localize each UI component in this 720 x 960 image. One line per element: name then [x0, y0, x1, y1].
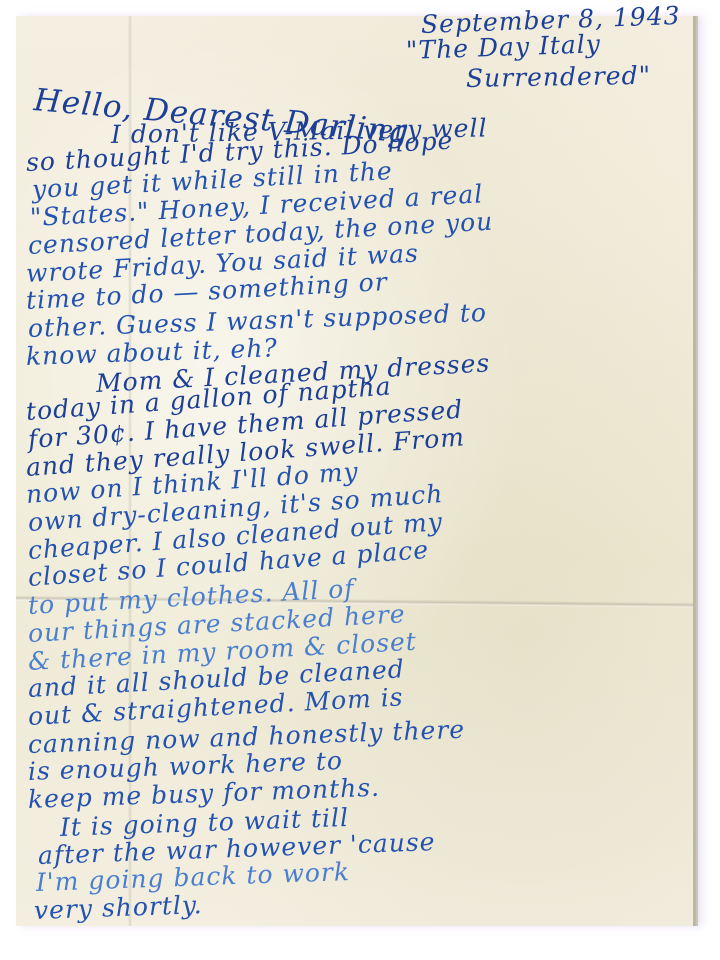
- letter-note-line-1: "The Day Italy: [405, 29, 601, 65]
- letter-line: very shortly.: [33, 890, 203, 925]
- letter-page: September 8, 1943 "The Day Italy Surrend…: [16, 16, 696, 926]
- paper-edge: [693, 16, 696, 926]
- letter-note-line-2: Surrendered": [466, 61, 652, 93]
